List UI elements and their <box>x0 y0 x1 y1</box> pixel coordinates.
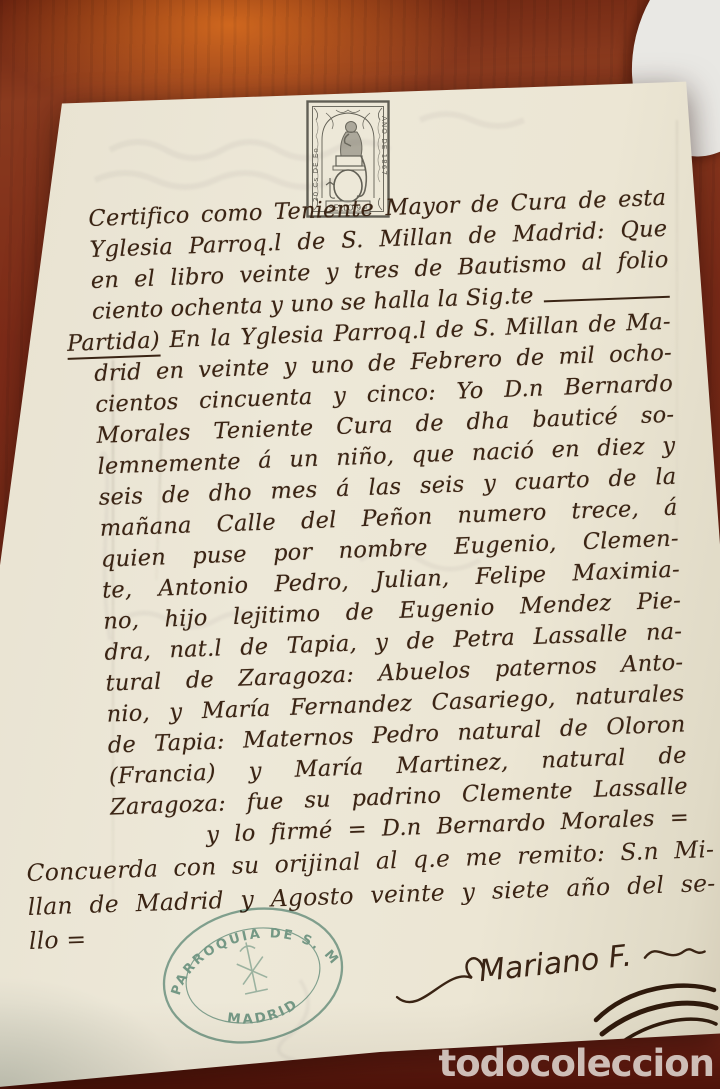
photo-of-document: 20 Cs DE Eo AÑO DE 1867 SELLO 9.º Certif… <box>0 0 720 1089</box>
signature-rubric <box>592 968 720 1053</box>
trailing-rule <box>544 296 670 303</box>
underlined-word: Partida) <box>67 327 161 359</box>
svg-text:AÑO DE 1867: AÑO DE 1867 <box>380 116 389 176</box>
manuscript-body: Certifico como Teniente Mayor de Cura de… <box>88 183 689 855</box>
svg-text:MADRID: MADRID <box>223 995 303 1034</box>
paper-shadow-wrap: 20 Cs DE Eo AÑO DE 1867 SELLO 9.º Certif… <box>0 0 720 1089</box>
svg-text:20 Cs DE Eo: 20 Cs DE Eo <box>311 147 320 202</box>
watermark: todocoleccion <box>439 1042 714 1085</box>
document-paper: 20 Cs DE Eo AÑO DE 1867 SELLO 9.º Certif… <box>0 0 720 1089</box>
